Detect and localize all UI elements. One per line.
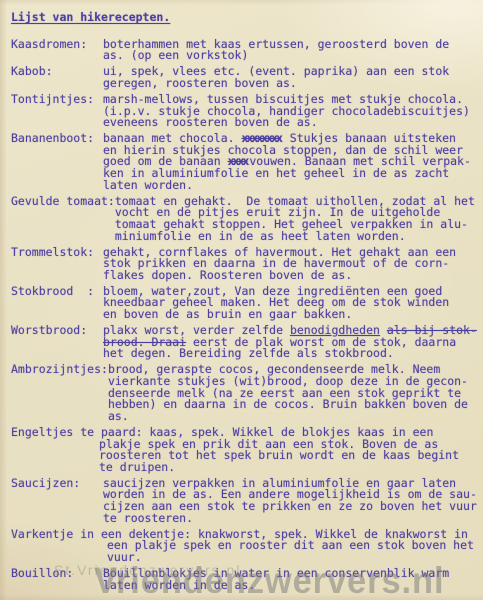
recipe-entry: Bouillon:Bouillonblokjes in water in een…: [11, 568, 477, 591]
recipe-entry: Kaasdromen:boterhammen met kaas ertussen…: [11, 39, 477, 62]
recipe-entry: Saucijzen:saucijzen verpakken in alumini…: [11, 478, 477, 524]
recipe-entry: Ambrozijntjes:brood, geraspte cocos, gec…: [11, 364, 477, 422]
recipe-description: brood, geraspte cocos, gecondenseerde me…: [108, 364, 477, 422]
recipe-label: Tontijntjes:: [11, 94, 103, 129]
text-segment: een plakje spek en rooster dit aan een s…: [107, 538, 474, 552]
recipe-label: Kaasdromen:: [11, 39, 103, 62]
recipe-description: Bouillonblokjes in water in een conserve…: [103, 568, 477, 591]
text-segment: te roosteren.: [103, 511, 193, 525]
text-segment: miniumfolie en in de as heet laten worde…: [115, 229, 406, 243]
recipe-entry: Stokbrood :bloem, water,zout, Van deze i…: [11, 286, 477, 321]
text-segment: hebben) en daarna in de cocos. Bruin bak…: [108, 397, 468, 411]
text-segment: flakes dopen. Roosteren boven de as.: [103, 268, 352, 282]
text-segment: het degen. Bereiding zelfde als stokbroo…: [103, 346, 394, 360]
recipe-line: een plakje spek en rooster dit aan een s…: [11, 540, 477, 552]
recipe-list: Kaasdromen:boterhammen met kaas ertussen…: [11, 39, 477, 592]
recipe-entry: Worstbrood:plakx worst, verder zelfde be…: [11, 325, 477, 360]
recipe-line: geregen, roosteren boven as.: [103, 78, 477, 90]
recipe-description: plakx worst, verder zelfde benodigdheden…: [103, 325, 477, 360]
recipe-description: gehakt, cornflakes of havermout. Het geh…: [103, 247, 477, 282]
recipe-description: boterhammen met kaas ertussen, gerooster…: [103, 39, 477, 62]
recipe-line: het degen. Bereiding zelfde als stokbroo…: [103, 348, 477, 360]
recipe-description: banaan met chocola. xxxxxxxx Stukjes ban…: [103, 133, 477, 191]
recipe-description: bloem, water,zout, Van deze ingrediënten…: [103, 286, 477, 321]
recipe-line: vuur.: [11, 552, 477, 564]
recipe-label: Worstbrood:: [11, 325, 103, 360]
recipe-description: marsh-mellows, tussen biscuitjes met stu…: [103, 94, 477, 129]
text-segment: as. (op een vorkstok): [103, 48, 248, 62]
recipe-label: Saucijzen:: [11, 478, 103, 524]
recipe-label: Trommelstok:: [11, 247, 103, 282]
recipe-description: tomaat en gehakt. De tomaat uithollen, z…: [115, 196, 477, 242]
recipe-line: hebben) en daarna in de cocos. Bruin bak…: [108, 399, 477, 411]
text-segment: laten worden.: [103, 178, 193, 192]
recipe-line: eveneens roosteren boven de as.: [103, 117, 477, 129]
recipe-label: Gevulde tomaat:: [11, 196, 115, 242]
recipe-entry: Bananenboot:banaan met chocola. xxxxxxxx…: [11, 133, 477, 191]
recipe-entry: Varkentje in een dekentje: knakworst, sp…: [11, 529, 477, 564]
recipe-label: Bananenboot:: [11, 133, 103, 191]
text-segment: geregen, roosteren boven as.: [103, 76, 297, 90]
recipe-line: en boven de as bruin en gaar bakken.: [103, 309, 477, 321]
recipe-line: te druipen.: [11, 462, 477, 474]
recipe-label: Ambrozijntjes:: [11, 364, 108, 422]
text-segment: vuur.: [107, 550, 142, 564]
recipe-label: Kabob:: [11, 66, 103, 89]
text-segment: as.: [108, 409, 129, 423]
recipe-line: laten worden.: [103, 180, 477, 192]
recipe-entry: Gevulde tomaat:tomaat en gehakt. De toma…: [11, 196, 477, 242]
recipe-description: ui, spek, vlees etc. (event. paprika) aa…: [103, 66, 477, 89]
recipe-line: miniumfolie en in de as heet laten worde…: [115, 231, 477, 243]
recipe-description: saucijzen verpakken in aluminiumfolie en…: [103, 478, 477, 524]
recipe-line: as.: [108, 411, 477, 423]
document-page: Lijst van hikerecepten. Kaasdromen:boter…: [0, 0, 483, 600]
recipe-label: Stokbrood :: [11, 286, 103, 321]
text-segment: eveneens roosteren boven de as.: [103, 115, 318, 129]
text-segment: laten worden in de as.: [103, 578, 255, 592]
recipe-entry: Engeltjes te paard: kaas, spek. Wikkel d…: [11, 427, 477, 473]
recipe-line: laten worden in de as.: [103, 580, 477, 592]
recipe-entry: Tontijntjes:marsh-mellows, tussen biscui…: [11, 94, 477, 129]
recipe-line: roosteren tot het spek bruin wordt en de…: [11, 450, 477, 462]
recipe-line: flakes dopen. Roosteren boven de as.: [103, 270, 477, 282]
recipe-entry: Trommelstok:gehakt, cornflakes of haverm…: [11, 247, 477, 282]
recipe-label: Bouillon:: [11, 568, 103, 591]
text-segment: te druipen.: [99, 460, 175, 474]
recipe-line: te roosteren.: [103, 513, 477, 525]
text-segment: en boven de as bruin en gaar bakken.: [103, 307, 352, 321]
recipe-entry: Kabob:ui, spek, vlees etc. (event. papri…: [11, 66, 477, 89]
page-title: Lijst van hikerecepten.: [11, 12, 477, 24]
recipe-line: as. (op een vorkstok): [103, 50, 477, 62]
